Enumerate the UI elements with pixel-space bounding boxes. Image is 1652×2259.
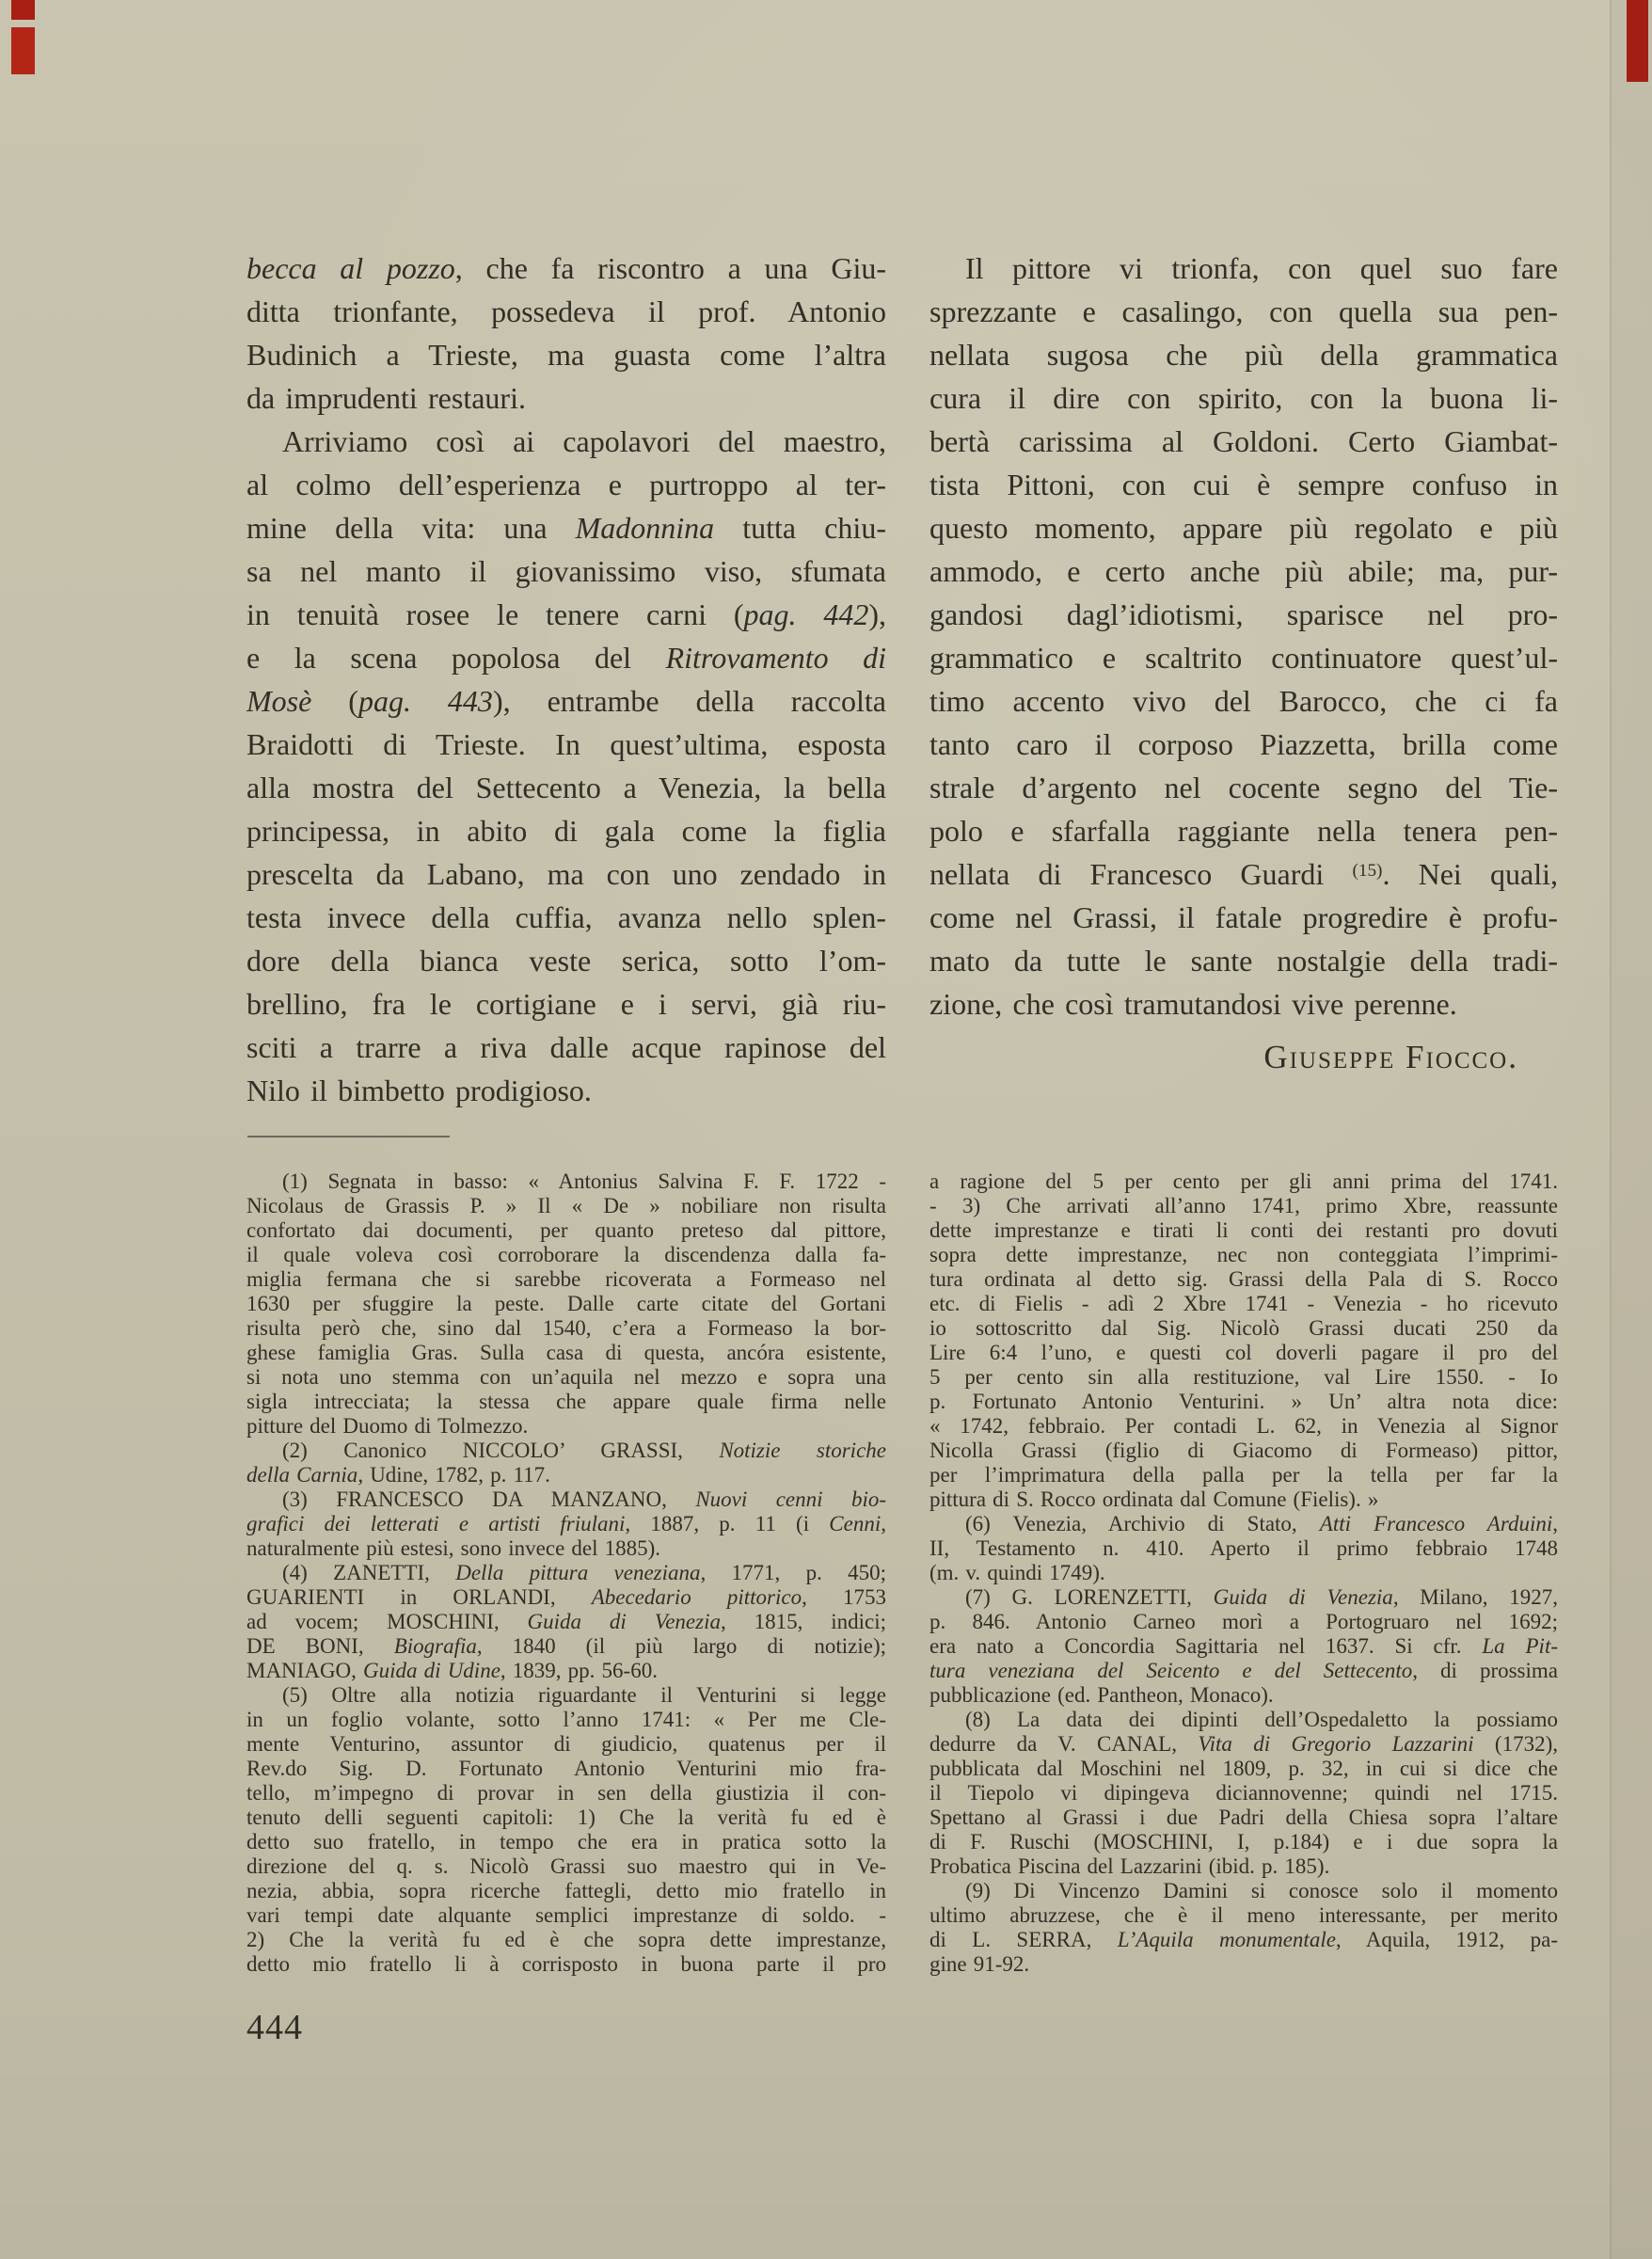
text-run: nellata sugosa che più della grammatica <box>929 338 1558 372</box>
text-line: Nicolla Grassi (figlio di Giacomo di For… <box>929 1439 1558 1463</box>
text-run: pittura di S. Rocco ordinata dal Comune … <box>929 1487 1378 1511</box>
text-line: tanto caro il corposo Piazzetta, brilla … <box>929 723 1558 766</box>
text-run: Abecedario pittorico <box>592 1585 802 1609</box>
text-run: grafici dei letterati e artisti friulani <box>246 1512 625 1535</box>
text-line: sigla intrecciata; la stessa che appare … <box>246 1390 886 1414</box>
text-run: , 1753 <box>802 1585 886 1609</box>
text-line: per l’imprimatura della palla per la tel… <box>929 1463 1558 1487</box>
text-line: il Tiepolo vi dipingeva diciannovenne; q… <box>929 1781 1558 1806</box>
text-run: Probatica Piscina del Lazzarini (ibid. p… <box>929 1854 1329 1878</box>
text-run: Nicolaus de Grassis P. » Il « De » nobil… <box>246 1194 886 1217</box>
text-run: principessa, in abito di gala come la fi… <box>246 814 886 848</box>
text-line: prescelta da Labano, ma con uno zendado … <box>246 852 886 896</box>
text-run: da imprudenti restauri. <box>246 381 526 415</box>
text-line: pubblicata dal Moschini nel 1809, p. 32,… <box>929 1757 1558 1781</box>
text-run: Rev.do Sig. D. Fortunato Antonio Venturi… <box>246 1757 886 1780</box>
text-run: , 1771, p. 450; <box>701 1561 887 1584</box>
page-edge-shadow <box>1612 0 1652 2259</box>
text-run: a ragione del 5 per cento per gli anni p… <box>929 1169 1558 1193</box>
text-run: tanto caro il corposo Piazzetta, brilla … <box>929 727 1558 761</box>
text-line: etc. di Fielis - adì 2 Xbre 1741 - Venez… <box>929 1292 1558 1316</box>
text-line: Budinich a Trieste, ma guasta come l’alt… <box>246 333 886 376</box>
main-column-right: Il pittore vi trionfa, con quel suo fare… <box>929 247 1558 1026</box>
text-run: Guida di Venezia <box>1214 1585 1393 1609</box>
author-signature: Giuseppe Fiocco. <box>929 1039 1558 1076</box>
text-run: della Carnia <box>246 1463 357 1487</box>
text-run: e la scena popolosa del <box>246 641 666 675</box>
text-line: ultimo abruzzese, che è il meno interess… <box>929 1903 1558 1928</box>
text-line: 2) Che la verità fu ed è che sopra dette… <box>246 1928 886 1952</box>
text-run: gine 91-92. <box>929 1952 1029 1976</box>
text-line: sa nel manto il giovanissimo viso, sfuma… <box>246 549 886 593</box>
text-run: , 1815, indici; <box>721 1610 886 1633</box>
text-line: DE BONI, Biografia, 1840 (il più largo d… <box>246 1634 886 1659</box>
text-run: 2) Che la verità fu ed è che sopra dette… <box>246 1928 886 1951</box>
text-run: tello, m’impegno di provar in sen della … <box>246 1781 886 1805</box>
text-line: cura il dire con spirito, con la buona l… <box>929 376 1558 420</box>
text-run: Madonnina <box>576 511 715 545</box>
text-run: Vita di Gregorio Lazzarini <box>1198 1732 1473 1756</box>
text-run: in tenuità rosee le tenere carni ( <box>246 597 743 631</box>
text-line: 5 per cento sin alla restituzione, val L… <box>929 1365 1558 1390</box>
text-run: tura ordinata al detto sig. Grassi della… <box>929 1267 1558 1291</box>
text-run: ), entrambe della raccolta <box>493 684 886 718</box>
text-run: pitture del Duomo di Tolmezzo. <box>246 1414 528 1438</box>
text-line: vari tempi date alquante semplici impres… <box>246 1903 886 1928</box>
text-line: risulta però che, sino dal 1540, c’era a… <box>246 1316 886 1341</box>
text-line: principessa, in abito di gala come la fi… <box>246 809 886 852</box>
text-run: Notizie storiche <box>719 1439 886 1462</box>
text-run: p. Fortunato Antonio Venturini. » Un’ al… <box>929 1390 1558 1413</box>
text-line: dore della bianca veste serica, sotto l’… <box>246 939 886 982</box>
text-line: io sottoscritto dal Sig. Nicolò Grassi d… <box>929 1316 1558 1341</box>
text-run: cura il dire con spirito, con la buona l… <box>929 381 1558 415</box>
text-run: , che fa riscontro a una Giu- <box>455 251 886 285</box>
text-run: tutta chiu- <box>714 511 886 545</box>
text-line: detto mio fratello li à corrisposto in b… <box>246 1952 886 1977</box>
text-line: mine della vita: una Madonnina tutta chi… <box>246 506 886 549</box>
text-line: becca al pozzo, che fa riscontro a una G… <box>246 247 886 290</box>
text-line: sciti a trarre a riva dalle acque rapino… <box>246 1026 886 1069</box>
text-run: ), <box>868 597 886 631</box>
text-run: il quale voleva così corroborare la disc… <box>246 1243 886 1266</box>
text-line: Il pittore vi trionfa, con quel suo fare <box>929 247 1558 290</box>
text-run: brellino, fra le cortigiane e i servi, g… <box>246 987 886 1021</box>
text-run: ammodo, e certo anche più abile; ma, pur… <box>929 554 1558 588</box>
text-line: polo e sfarfalla raggiante nella tenera … <box>929 809 1558 852</box>
text-line: nellata sugosa che più della grammatica <box>929 333 1558 376</box>
text-line: alla mostra del Settecento a Venezia, la… <box>246 766 886 809</box>
text-run: questo momento, appare più regolato e pi… <box>929 511 1558 545</box>
text-run: mato da tutte le sante nostalgie della t… <box>929 944 1558 978</box>
text-run: il Tiepolo vi dipingeva diciannovenne; q… <box>929 1781 1558 1805</box>
text-run: Arriviamo così ai capolavori del maestro… <box>282 424 886 458</box>
text-line: (5) Oltre alla notizia riguardante il Ve… <box>246 1683 886 1708</box>
text-run: (9) Di Vincenzo Damini si conosce solo i… <box>965 1879 1558 1902</box>
text-line: (1) Segnata in basso: « Antonius Salvina… <box>246 1169 886 1194</box>
text-run: ditta trionfante, possedeva il prof. Ant… <box>246 294 886 328</box>
text-run: tista Pittoni, con cui è sempre confuso … <box>929 468 1558 501</box>
text-line: (3) FRANCESCO DA MANZANO, Nuovi cenni bi… <box>246 1487 886 1512</box>
text-run: pag. 442 <box>743 597 868 631</box>
text-line: tura veneziana del Seicento e del Settec… <box>929 1659 1558 1683</box>
text-line: direzione del q. s. Nicolò Grassi suo ma… <box>246 1854 886 1879</box>
page-number: 444 <box>246 2007 303 2048</box>
text-line: gandosi dagl’idiotismi, sparisce nel pro… <box>929 593 1558 636</box>
text-run: tenuto delli seguenti capitoli: 1) Che l… <box>246 1806 886 1829</box>
text-line: timo accento vivo del Barocco, che ci fa <box>929 679 1558 723</box>
text-run: (7) G. LORENZETTI, <box>965 1585 1214 1609</box>
text-line: zione, che così tramutandosi vive perenn… <box>929 982 1558 1026</box>
text-run: (5) Oltre alla notizia riguardante il Ve… <box>282 1683 886 1707</box>
text-run: miglia fermana che si sarebbe ricoverata… <box>246 1267 886 1291</box>
text-run: grammatico e scaltrito continuatore ques… <box>929 641 1558 675</box>
text-run: detto suo fratello, in tempo che era in … <box>246 1830 886 1853</box>
text-run: mente Venturino, assuntor di giudicio, q… <box>246 1732 886 1756</box>
text-line: al colmo dell’esperienza e purtroppo al … <box>246 463 886 506</box>
text-run: Nicolla Grassi (figlio di Giacomo di For… <box>929 1439 1558 1462</box>
text-line: di F. Ruschi (MOSCHINI, I, p.184) e i du… <box>929 1830 1558 1854</box>
text-line: gine 91-92. <box>929 1952 1558 1977</box>
text-line: (8) La data dei dipinti dell’Ospedaletto… <box>929 1708 1558 1732</box>
text-line: dedurre da V. CANAL, Vita di Gregorio La… <box>929 1732 1558 1757</box>
text-run: nezia, abbia, sopra ricerche fattegli, d… <box>246 1879 886 1902</box>
text-run: vari tempi date alquante semplici impres… <box>246 1903 886 1927</box>
text-line: Braidotti di Trieste. In quest’ultima, e… <box>246 723 886 766</box>
text-run: pag. 443 <box>358 684 493 718</box>
text-line: Arriviamo così ai capolavori del maestro… <box>246 420 886 463</box>
text-run: « 1742, febbraio. Per contadi L. 62, in … <box>929 1414 1558 1438</box>
text-line: ammodo, e certo anche più abile; ma, pur… <box>929 549 1558 593</box>
text-run: (6) Venezia, Archivio di Stato, <box>965 1512 1320 1535</box>
text-line: mato da tutte le sante nostalgie della t… <box>929 939 1558 982</box>
text-run: polo e sfarfalla raggiante nella tenera … <box>929 814 1558 848</box>
text-run: (1732), <box>1474 1732 1558 1756</box>
text-run: Ritrovamento di <box>666 641 886 675</box>
text-run: ( <box>311 684 358 718</box>
text-line: si nota uno stemma con un’aquila nel mez… <box>246 1365 886 1390</box>
text-line: Probatica Piscina del Lazzarini (ibid. p… <box>929 1854 1558 1879</box>
text-run: , 1887, p. 11 (i <box>625 1512 829 1535</box>
text-line: in un foglio volante, sotto l’anno 1741:… <box>246 1708 886 1732</box>
text-run: . Nei quali, <box>1382 857 1558 891</box>
text-run: strale d’argento nel cocente segno del T… <box>929 771 1558 804</box>
text-run: L’Aquila monumentale <box>1118 1928 1336 1951</box>
text-run: Lire 6:4 l’uno, e questi col doverli pag… <box>929 1341 1558 1364</box>
text-run: direzione del q. s. Nicolò Grassi suo ma… <box>246 1854 886 1878</box>
text-line: (6) Venezia, Archivio di Stato, Atti Fra… <box>929 1512 1558 1536</box>
text-line: miglia fermana che si sarebbe ricoverata… <box>246 1267 886 1292</box>
text-run: testa invece della cuffia, avanza nello … <box>246 900 886 934</box>
text-run: etc. di Fielis - adì 2 Xbre 1741 - Venez… <box>929 1292 1558 1315</box>
text-line: tello, m’impegno di provar in sen della … <box>246 1781 886 1806</box>
text-run: becca al pozzo <box>246 251 455 285</box>
text-line: sopra dette imprestanze, nec non contegg… <box>929 1243 1558 1267</box>
text-run: tura veneziana del Seicento e del Settec… <box>929 1659 1412 1682</box>
text-run: (3) FRANCESCO DA MANZANO, <box>282 1487 695 1511</box>
text-run: prescelta da Labano, ma con uno zendado … <box>246 857 886 891</box>
text-run: (4) ZANETTI, <box>282 1561 455 1584</box>
text-run: (8) La data dei dipinti dell’Ospedaletto… <box>965 1708 1558 1731</box>
text-line: nezia, abbia, sopra ricerche fattegli, d… <box>246 1879 886 1903</box>
text-line: pubblicazione (ed. Pantheon, Monaco). <box>929 1683 1558 1708</box>
text-run: (m. v. quindi 1749). <box>929 1561 1105 1584</box>
text-run: dedurre da V. CANAL, <box>929 1732 1198 1756</box>
text-run: Biografia <box>394 1634 477 1658</box>
text-line: « 1742, febbraio. Per contadi L. 62, in … <box>929 1414 1558 1439</box>
text-line: tista Pittoni, con cui è sempre confuso … <box>929 463 1558 506</box>
text-line: - 3) Che arrivati all’anno 1741, primo X… <box>929 1194 1558 1218</box>
text-line: sprezzante e casalingo, con quella sua p… <box>929 290 1558 333</box>
text-run: ultimo abruzzese, che è il meno interess… <box>929 1903 1558 1927</box>
text-line: p. 846. Antonio Carneo morì a Portogruar… <box>929 1610 1558 1634</box>
text-run: Guida di Venezia <box>528 1610 721 1633</box>
text-run: II, Testamento n. 410. Aperto il primo f… <box>929 1536 1558 1560</box>
text-run: (2) Canonico NICCOLO’ GRASSI, <box>282 1439 719 1462</box>
text-line: Spettano al Grassi i due Padri della Chi… <box>929 1806 1558 1830</box>
text-run: alla mostra del Settecento a Venezia, la… <box>246 771 886 804</box>
text-run: , <box>881 1512 886 1535</box>
text-run: Nilo il bimbetto prodigioso. <box>246 1074 592 1107</box>
red-edge-mark-left-top <box>11 0 35 20</box>
text-run: io sottoscritto dal Sig. Nicolò Grassi d… <box>929 1316 1558 1340</box>
text-line: pittura di S. Rocco ordinata dal Comune … <box>929 1487 1558 1512</box>
text-run: , Udine, 1782, p. 117. <box>357 1463 550 1487</box>
text-run: zione, che così tramutandosi vive perenn… <box>929 987 1457 1021</box>
footnote-column-left: (1) Segnata in basso: « Antonius Salvina… <box>246 1169 886 1977</box>
text-run: DE BONI, <box>246 1634 394 1658</box>
text-line: detto suo fratello, in tempo che era in … <box>246 1830 886 1854</box>
text-line: (7) G. LORENZETTI, Guida di Venezia, Mil… <box>929 1585 1558 1610</box>
text-line: della Carnia, Udine, 1782, p. 117. <box>246 1463 886 1487</box>
text-run: GUARIENTI in ORLANDI, <box>246 1585 592 1609</box>
text-run: Budinich a Trieste, ma guasta come l’alt… <box>246 338 886 372</box>
text-line: Nicolaus de Grassis P. » Il « De » nobil… <box>246 1194 886 1218</box>
red-edge-mark-left-bottom <box>11 27 35 74</box>
text-run: si nota uno stemma con un’aquila nel mez… <box>246 1365 886 1389</box>
text-run: Nuovi cenni bio- <box>695 1487 886 1511</box>
text-line: da imprudenti restauri. <box>246 376 886 420</box>
text-line: brellino, fra le cortigiane e i servi, g… <box>246 982 886 1026</box>
text-run: sprezzante e casalingo, con quella sua p… <box>929 294 1558 328</box>
text-line: (2) Canonico NICCOLO’ GRASSI, Notizie st… <box>246 1439 886 1463</box>
text-run: risulta però che, sino dal 1540, c’era a… <box>246 1316 886 1340</box>
text-line: dette imprestanze e tirati li conti dei … <box>929 1218 1558 1243</box>
book-page: becca al pozzo, che fa riscontro a una G… <box>0 0 1652 2259</box>
text-run: sigla intrecciata; la stessa che appare … <box>246 1390 886 1413</box>
text-run: Il pittore vi trionfa, con quel suo fare <box>965 251 1558 285</box>
text-run: timo accento vivo del Barocco, che ci fa <box>929 684 1558 718</box>
text-run: sa nel manto il giovanissimo viso, sfuma… <box>246 554 886 588</box>
text-line: ghese famiglia Gras. Sulla casa di quest… <box>246 1341 886 1365</box>
text-line: tura ordinata al detto sig. Grassi della… <box>929 1267 1558 1292</box>
text-line: grafici dei letterati e artisti friulani… <box>246 1512 886 1536</box>
text-run: , 1840 (il più largo di notizie); <box>477 1634 886 1658</box>
text-run: Cenni <box>829 1512 881 1535</box>
text-run: in un foglio volante, sotto l’anno 1741:… <box>246 1708 886 1731</box>
text-line: tenuto delli seguenti capitoli: 1) Che l… <box>246 1806 886 1830</box>
text-run: detto mio fratello li à corrisposto in b… <box>246 1952 886 1976</box>
text-line: pitture del Duomo di Tolmezzo. <box>246 1414 886 1439</box>
text-run: gandosi dagl’idiotismi, sparisce nel pro… <box>929 597 1558 631</box>
text-run: - 3) Che arrivati all’anno 1741, primo X… <box>929 1194 1558 1217</box>
text-run: Spettano al Grassi i due Padri della Chi… <box>929 1806 1558 1829</box>
text-run: , <box>1552 1512 1558 1535</box>
text-run: Braidotti di Trieste. In quest’ultima, e… <box>246 727 886 761</box>
text-run: mine della vita: una <box>246 511 576 545</box>
text-run: Atti Francesco Arduini <box>1320 1512 1552 1535</box>
text-run: pubblicazione (ed. Pantheon, Monaco). <box>929 1683 1274 1707</box>
text-line: a ragione del 5 per cento per gli anni p… <box>929 1169 1558 1194</box>
text-line: Mosè (pag. 443), entrambe della raccolta <box>246 679 886 723</box>
text-line: MANIAGO, Guida di Udine, 1839, pp. 56-60… <box>246 1659 886 1683</box>
text-line: testa invece della cuffia, avanza nello … <box>246 896 886 939</box>
text-line: era nato a Concordia Sagittaria nel 1637… <box>929 1634 1558 1659</box>
text-line: strale d’argento nel cocente segno del T… <box>929 766 1558 809</box>
text-line: mente Venturino, assuntor di giudicio, q… <box>246 1732 886 1757</box>
text-line: confortato dai documenti, per quanto pre… <box>246 1218 886 1243</box>
text-run: nellata di Francesco Guardi <box>929 857 1352 891</box>
text-run: , Milano, 1927, <box>1393 1585 1558 1609</box>
text-run: p. 846. Antonio Carneo morì a Portogruar… <box>929 1610 1558 1633</box>
text-run: per l’imprimatura della palla per la tel… <box>929 1463 1558 1487</box>
text-line: II, Testamento n. 410. Aperto il primo f… <box>929 1536 1558 1561</box>
main-column-left: becca al pozzo, che fa riscontro a una G… <box>246 247 886 1112</box>
text-line: di L. SERRA, L’Aquila monumentale, Aquil… <box>929 1928 1558 1952</box>
text-line: naturalmente più estesi, sono invece del… <box>246 1536 886 1561</box>
text-line: e la scena popolosa del Ritrovamento di <box>246 636 886 679</box>
text-line: (4) ZANETTI, Della pittura veneziana, 17… <box>246 1561 886 1585</box>
text-run: dette imprestanze e tirati li conti dei … <box>929 1218 1558 1242</box>
footnote-column-right: a ragione del 5 per cento per gli anni p… <box>929 1169 1558 1977</box>
text-line: in tenuità rosee le tenere carni (pag. 4… <box>246 593 886 636</box>
text-run: La Pit- <box>1482 1634 1558 1658</box>
footnote-reference: (15) <box>1352 861 1382 881</box>
text-run: ad vocem; MOSCHINI, <box>246 1610 528 1633</box>
text-run: 1630 per sfuggire la peste. Dalle carte … <box>246 1292 886 1315</box>
text-run: MANIAGO, <box>246 1659 363 1682</box>
text-run: pubblicata dal Moschini nel 1809, p. 32,… <box>929 1757 1558 1780</box>
text-line: Nilo il bimbetto prodigioso. <box>246 1069 886 1112</box>
text-line: bertà carissima al Goldoni. Certo Giamba… <box>929 420 1558 463</box>
text-run: , Aquila, 1912, pa- <box>1336 1928 1558 1951</box>
text-run: , di prossima <box>1412 1659 1558 1682</box>
text-run: naturalmente più estesi, sono invece del… <box>246 1536 660 1560</box>
text-line: ditta trionfante, possedeva il prof. Ant… <box>246 290 886 333</box>
text-run: (1) Segnata in basso: « Antonius Salvina… <box>282 1169 886 1193</box>
text-line: grammatico e scaltrito continuatore ques… <box>929 636 1558 679</box>
text-run: bertà carissima al Goldoni. Certo Giamba… <box>929 424 1558 458</box>
text-line: (9) Di Vincenzo Damini si conosce solo i… <box>929 1879 1558 1903</box>
text-run: 5 per cento sin alla restituzione, val L… <box>929 1365 1558 1389</box>
text-run: confortato dai documenti, per quanto pre… <box>246 1218 886 1242</box>
text-run: sopra dette imprestanze, nec non contegg… <box>929 1243 1558 1266</box>
text-line: nellata di Francesco Guardi (15). Nei qu… <box>929 852 1558 896</box>
text-line: questo momento, appare più regolato e pi… <box>929 506 1558 549</box>
text-run: di L. SERRA, <box>929 1928 1118 1951</box>
text-run: , 1839, pp. 56-60. <box>500 1659 658 1682</box>
text-line: Lire 6:4 l’uno, e questi col doverli pag… <box>929 1341 1558 1365</box>
text-line: come nel Grassi, il fatale progredire è … <box>929 896 1558 939</box>
text-line: ad vocem; MOSCHINI, Guida di Venezia, 18… <box>246 1610 886 1634</box>
text-run: era nato a Concordia Sagittaria nel 1637… <box>929 1634 1482 1658</box>
text-line: GUARIENTI in ORLANDI, Abecedario pittori… <box>246 1585 886 1610</box>
text-line: p. Fortunato Antonio Venturini. » Un’ al… <box>929 1390 1558 1414</box>
text-run: dore della bianca veste serica, sotto l’… <box>246 944 886 978</box>
text-run: Mosè <box>246 684 311 718</box>
text-run: Della pittura veneziana <box>455 1561 700 1584</box>
text-line: (m. v. quindi 1749). <box>929 1561 1558 1585</box>
text-run: Guida di Udine <box>363 1659 500 1682</box>
text-line: Rev.do Sig. D. Fortunato Antonio Venturi… <box>246 1757 886 1781</box>
text-run: al colmo dell’esperienza e purtroppo al … <box>246 468 886 501</box>
text-run: ghese famiglia Gras. Sulla casa di quest… <box>246 1341 886 1364</box>
text-run: di F. Ruschi (MOSCHINI, I, p.184) e i du… <box>929 1830 1558 1853</box>
text-line: il quale voleva così corroborare la disc… <box>246 1243 886 1267</box>
text-run: sciti a trarre a riva dalle acque rapino… <box>246 1030 886 1064</box>
text-run: come nel Grassi, il fatale progredire è … <box>929 900 1558 934</box>
footnote-separator <box>247 1136 450 1137</box>
text-line: 1630 per sfuggire la peste. Dalle carte … <box>246 1292 886 1316</box>
